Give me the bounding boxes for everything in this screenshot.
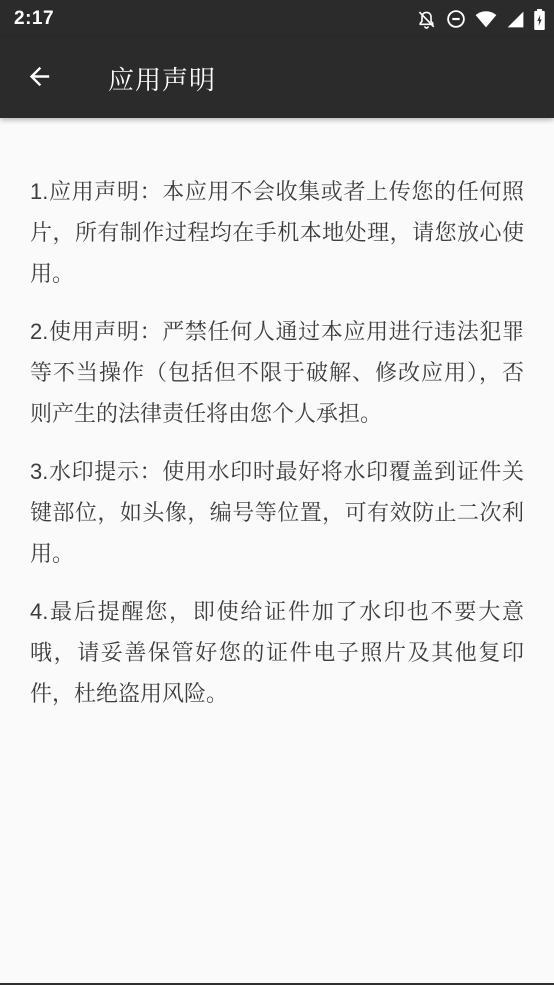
status-icons (415, 7, 546, 31)
wifi-icon (474, 7, 498, 31)
page-title: 应用声明 (108, 60, 216, 97)
cellular-signal-icon (505, 9, 526, 30)
back-button[interactable] (18, 57, 60, 99)
statement-paragraph-1: 1.应用声明：本应用不会收集或者上传您的任何照片，所有制作过程均在手机本地处理，… (30, 171, 524, 294)
statement-paragraph-4: 4.最后提醒您，即使给证件加了水印也不要大意哦，请妥善保管好您的证件电子照片及其… (30, 591, 524, 714)
statement-content: 1.应用声明：本应用不会收集或者上传您的任何照片，所有制作过程均在手机本地处理，… (0, 118, 554, 983)
arrow-left-icon (25, 62, 54, 94)
statement-paragraph-3: 3.水印提示：使用水印时最好将水印覆盖到证件关键部位，如头像，编号等位置，可有效… (30, 451, 524, 574)
status-bar: 2:17 (0, 0, 554, 38)
battery-charging-icon (533, 8, 546, 31)
statement-paragraph-2: 2.使用声明：严禁任何人通过本应用进行违法犯罪等不当操作（包括但不限于破解、修改… (30, 311, 524, 434)
notifications-off-icon (415, 8, 438, 31)
status-time: 2:17 (14, 8, 54, 30)
app-bar: 应用声明 (0, 38, 554, 118)
do-not-disturb-icon (445, 8, 467, 30)
